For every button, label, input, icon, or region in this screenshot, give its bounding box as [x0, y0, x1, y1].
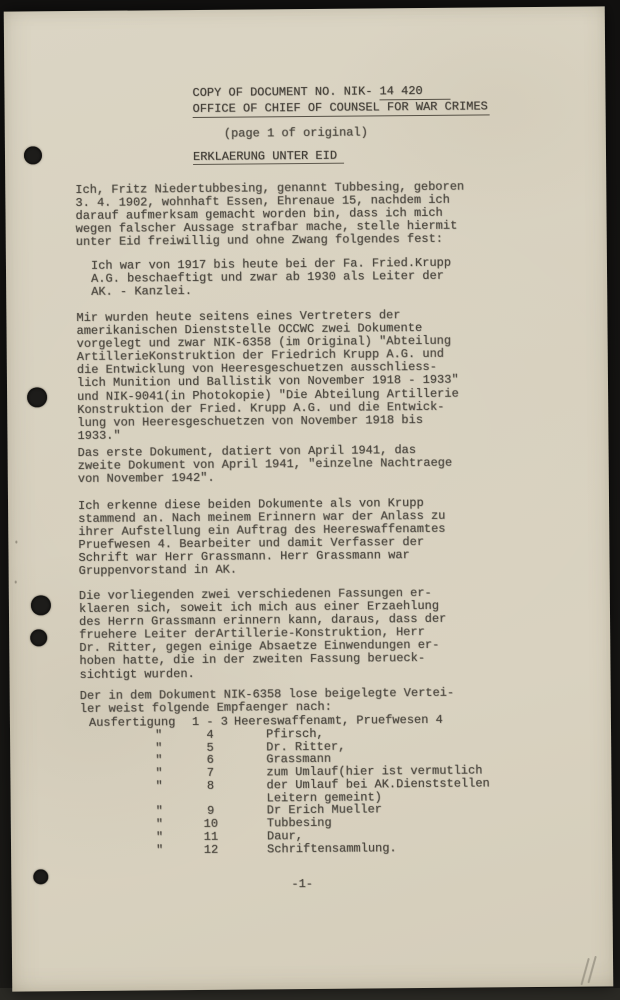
copy-number: 12 [189, 843, 233, 856]
copy-number: 8 [188, 779, 232, 792]
distribution-list: Ausfertigung 1 - 3 Heereswaffenamt, Prue… [89, 713, 560, 857]
ink-speck [15, 581, 17, 584]
punch-hole [24, 146, 42, 164]
document-number: 14 420 [379, 84, 450, 101]
punch-hole [33, 869, 48, 884]
page-note: (page 1 of original) [224, 126, 368, 140]
typewritten-content: COPY OF DOCUMENT NO. NIK-14 420 OFFICE O… [4, 6, 614, 991]
affidavit-paragraph-3: Mir wurden heute seitens eines Vertreter… [76, 309, 459, 443]
affidavit-paragraph-1: Ich, Fritz Niedertubbesing, genannt Tubb… [75, 181, 464, 250]
ink-speck [15, 541, 17, 544]
distribution-intro: Der in dem Dokument NIK-6358 lose beigel… [80, 687, 455, 716]
punch-hole [30, 629, 47, 646]
affidavit-title: ERKLAERUNG UNTER EID [193, 150, 344, 165]
ditto-mark: " [156, 844, 163, 857]
ditto-mark: " [155, 729, 162, 742]
ditto-mark: " [155, 780, 162, 793]
scanner-background: COPY OF DOCUMENT NO. NIK-14 420 OFFICE O… [0, 0, 620, 1000]
distribution-row: " 12 Schriftensammlung. [90, 840, 560, 857]
punch-hole [31, 595, 51, 615]
document-header: COPY OF DOCUMENT NO. NIK-14 420 OFFICE O… [192, 83, 490, 118]
affidavit-paragraph-2: Ich war von 1917 bis heute bei der Fa. F… [91, 257, 451, 299]
affidavit-paragraph-5: Ich erkenne diese beiden Dokumente als v… [78, 497, 446, 579]
punch-hole [27, 387, 47, 407]
recipient: Schriftensammlung. [267, 842, 397, 856]
ditto-mark: " [156, 831, 163, 844]
page-number: -1- [291, 878, 313, 891]
copy-line-prefix: COPY OF DOCUMENT NO. NIK- [192, 84, 372, 100]
affidavit-paragraph-6: Die vorliegenden zwei verschiedenen Fass… [79, 587, 447, 682]
office-line: OFFICE OF CHIEF OF COUNSEL FOR WAR CRIME… [193, 99, 490, 118]
distribution-marker: Ausfertigung [89, 716, 176, 730]
document-page: COPY OF DOCUMENT NO. NIK-14 420 OFFICE O… [4, 6, 614, 991]
affidavit-paragraph-4: Das erste Dokument, datiert von April 19… [78, 444, 453, 487]
